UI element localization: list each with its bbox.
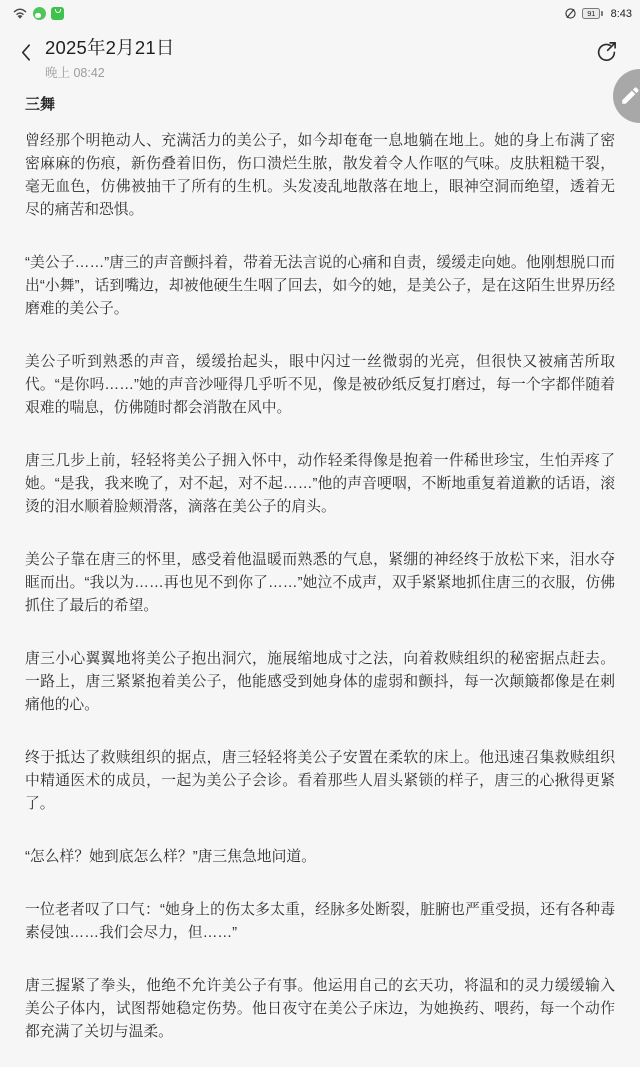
note-header: 2025年2月21日 晚上 08:42: [0, 24, 640, 81]
note-paragraph: 美公子听到熟悉的声音，缓缓抬起头，眼中闪过一丝微弱的光亮，但很快又被痛苦所取代。…: [25, 351, 615, 420]
note-body: 曾经那个明艳动人、充满活力的美公子，如今却奄奄一息地躺在地上。她的身上布满了密密…: [25, 130, 615, 1044]
battery-level: 91: [582, 8, 600, 19]
note-paragraph: 终于抵达了救赎组织的据点，唐三轻轻将美公子安置在柔软的床上。他迅速召集救赎组织中…: [25, 747, 615, 816]
share-button[interactable]: [595, 40, 618, 63]
chat-app-icon: [33, 7, 46, 20]
note-paragraph: 一位老者叹了口气：“她身上的伤太多太重，经脉多处断裂，脏腑也严重受损，还有各种毒…: [25, 899, 615, 945]
note-paragraph: 曾经那个明艳动人、充满活力的美公子，如今却奄奄一息地躺在地上。她的身上布满了密密…: [25, 130, 615, 222]
status-time: 8:43: [611, 8, 632, 20]
note-paragraph: 唐三小心翼翼地将美公子抱出洞穴，施展缩地成寸之法，向着救赎组织的秘密据点赶去。一…: [25, 648, 615, 717]
note-content: 三舞 曾经那个明艳动人、充满活力的美公子，如今却奄奄一息地躺在地上。她的身上布满…: [0, 81, 640, 1044]
battery-nub: [601, 11, 603, 16]
share-icon: [595, 51, 618, 66]
note-paragraph: “怎么样？她到底怎么样？”唐三焦急地问道。: [25, 846, 615, 869]
note-paragraph: 唐三几步上前，轻轻将美公子拥入怀中，动作轻柔得像是抱着一件稀世珍宝，生怕弄疼了她…: [25, 450, 615, 519]
battery-icon: 91: [582, 8, 603, 19]
note-paragraph: 唐三握紧了拳头，他绝不允许美公子有事。他运用自己的玄天功，将温和的灵力缓缓输入美…: [25, 975, 615, 1044]
note-paragraph: “美公子……”唐三的声音颤抖着，带着无法言说的心痛和自责，缓缓走向她。他刚想脱口…: [25, 252, 615, 321]
note-title: 三舞: [25, 93, 615, 114]
status-bar: 91 8:43: [0, 0, 640, 24]
back-button[interactable]: [20, 43, 31, 62]
header-text: 2025年2月21日 晚上 08:42: [45, 34, 175, 81]
chevron-left-icon: [20, 50, 31, 65]
mute-icon: [564, 7, 577, 20]
screen: 91 8:43 2025年2月21日 晚上 08:42: [0, 0, 640, 1067]
wifi-icon: [12, 7, 28, 20]
note-time-subtitle: 晚上 08:42: [45, 63, 175, 81]
shop-app-icon: [51, 7, 64, 20]
note-paragraph: 美公子靠在唐三的怀里，感受着他温暖而熟悉的气息，紧绷的神经终于放松下来，泪水夺眶…: [25, 549, 615, 618]
status-bar-left: [12, 7, 64, 20]
bag-handle-glyph: [55, 9, 61, 13]
note-date-title: 2025年2月21日: [45, 34, 175, 60]
status-bar-right: 91 8:43: [564, 7, 632, 20]
chat-bubble-glyph: [35, 13, 41, 18]
